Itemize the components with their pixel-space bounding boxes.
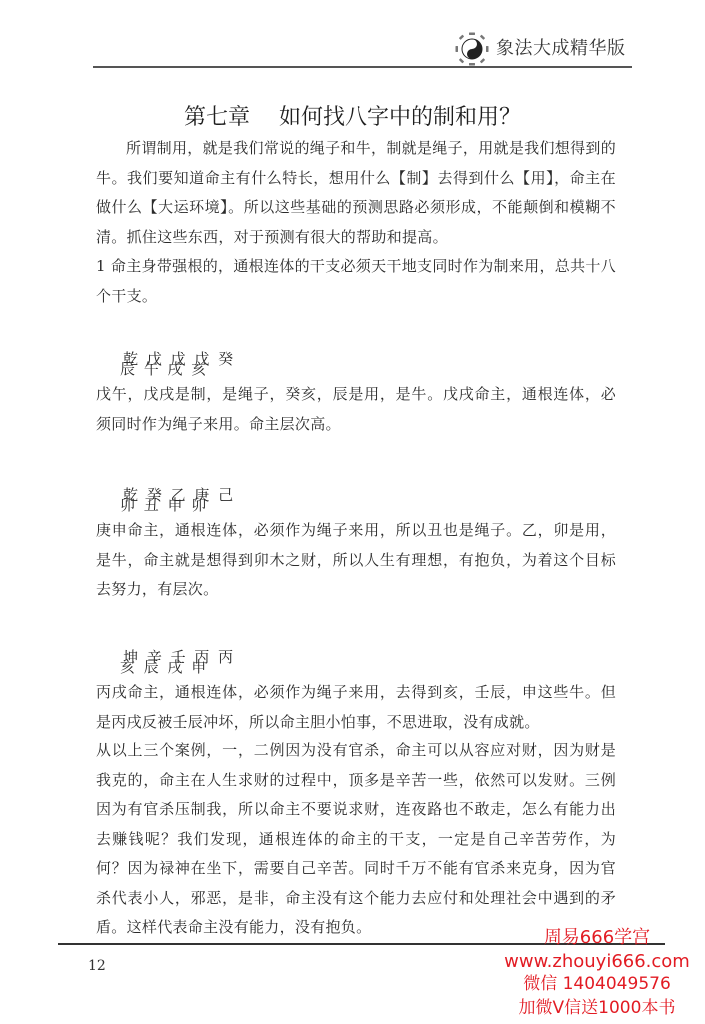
book-title: 象法大成精华版 xyxy=(496,34,626,60)
watermark-url: www.zhouyi666.com xyxy=(497,950,697,974)
case-1-analysis: 戊午，戊戌是制，是绳子，癸亥，辰是用，是牛。戊戌命主，通根连体，必须同时作为绳子… xyxy=(96,380,616,439)
chapter-title: 第七章 如何找八字中的制和用？ xyxy=(0,100,705,131)
conclusion-paragraph: 从以上三个案例，一，二例因为没有官杀，命主可以从容应对财，因为财是我克的，命主在… xyxy=(96,736,616,943)
case-3-branches: 亥 辰 戌 申 xyxy=(120,656,208,677)
point-1-paragraph: 1 命主身带强根的，通根连体的干支必须天干地支同时作为制来用，总共十八个干支。 xyxy=(96,252,616,311)
watermark-wechat: 微信 1404049576 xyxy=(497,973,697,997)
case-2-branches: 卯 丑 申 卯 xyxy=(120,494,208,515)
watermark-brand: 周易666学宫 xyxy=(497,926,697,950)
case-3-analysis: 丙戌命主，通根连体，必须作为绳子来用，去得到亥，壬辰，申这些牛。但是丙戌反被壬辰… xyxy=(96,678,616,737)
header-divider xyxy=(93,66,632,68)
intro-paragraph: 所谓制用，就是我们常说的绳子和牛，制就是绳子，用就是我们想得到的牛。我们要知道命… xyxy=(96,134,616,252)
page-number: 12 xyxy=(88,958,106,974)
watermark-promo: 加微V信送1000本书 xyxy=(497,997,697,1021)
case-1-branches: 辰 午 戌 亥 xyxy=(120,358,208,379)
watermark: 周易666学宫 www.zhouyi666.com 微信 1404049576 … xyxy=(497,926,697,1020)
case-2-analysis: 庚申命主，通根连体，必须作为绳子来用，所以丑也是绳子。乙，卯是用，是牛，命主就是… xyxy=(96,516,616,605)
yin-yang-bagua-icon xyxy=(455,32,489,66)
